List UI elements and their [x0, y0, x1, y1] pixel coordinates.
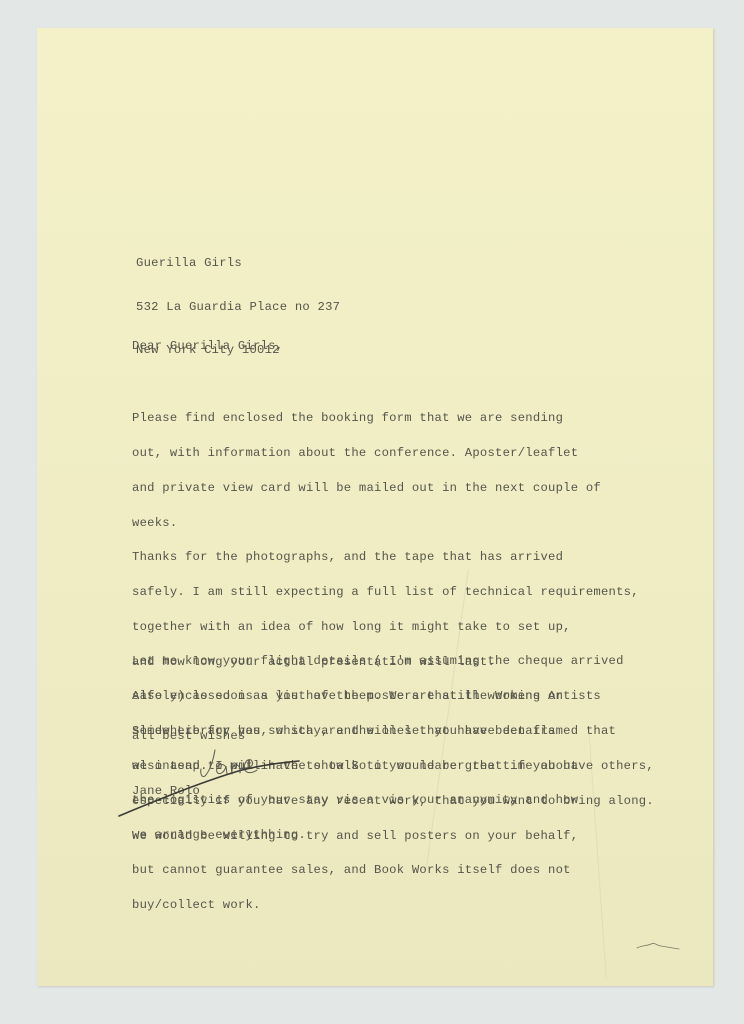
body-paragraph-2: Let me know your flight details ( I'm as… [132, 633, 624, 865]
address-line: Guerilla Girls [136, 256, 340, 271]
text-line: Thanks for the photographs, and the tape… [132, 552, 654, 564]
text-line: Let me know your flight details ( I'm as… [132, 656, 624, 668]
recipient-address: Guerilla Girls 532 La Guardia Place no 2… [136, 227, 340, 387]
text-line: but cannot guarantee sales, and Book Wor… [132, 865, 654, 877]
text-line: out, with information about the conferen… [132, 448, 654, 460]
text-line: the logistics of your stay vis a vis you… [132, 795, 624, 807]
closing: all best wishes [132, 731, 245, 743]
text-line: together with an idea of how long it mig… [132, 622, 654, 634]
typed-name: Jane Rolo [132, 786, 200, 798]
address-line: 532 La Guardia Place no 237 [136, 300, 340, 315]
text-line: we arrange everythhing. [132, 830, 624, 842]
letter-page: Guerilla Girls 532 La Guardia Place no 2… [37, 28, 713, 986]
salutation: Dear Guerilla Girls, [132, 341, 283, 353]
text-line: buy/collect work. [132, 900, 654, 912]
text-line: safely) as soon as you have them. We are… [132, 691, 624, 703]
text-line: and private view card will be mailed out… [132, 483, 654, 495]
text-line: weeks. [132, 518, 654, 530]
text-line: also asap. I will have to talk to you ne… [132, 761, 624, 773]
text-line: safely. I am still expecting a full list… [132, 587, 654, 599]
text-line: Please find enclosed the booking form th… [132, 413, 654, 425]
